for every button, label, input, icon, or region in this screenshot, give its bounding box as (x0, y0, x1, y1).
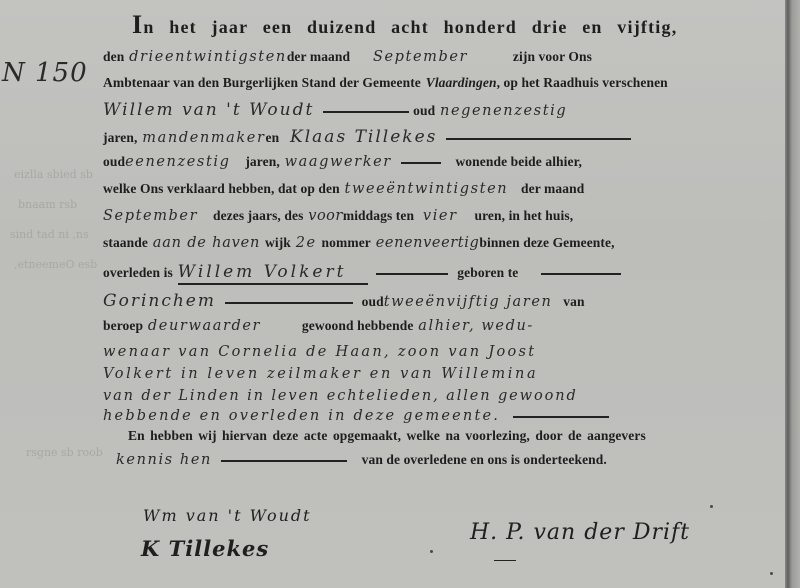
fill-rule (513, 416, 609, 418)
signed-by-declarants: kennis hen (116, 452, 212, 468)
paper-speck (430, 550, 433, 553)
label-wijk: wijk (265, 235, 291, 250)
official-line: Ambtenaar van den Burgerlijken Stand der… (103, 75, 668, 91)
municipality-name: Vlaardingen (426, 75, 497, 90)
fill-rule (541, 273, 621, 275)
declarant1-occupation: mandenmaker (142, 130, 265, 146)
label-wonende: wonende beide alhier, (455, 154, 582, 169)
fill-rule (225, 302, 353, 304)
label-geboren-te: geboren te (457, 265, 518, 280)
label-gewoond-hebbende: gewoond hebbende (302, 318, 414, 333)
fill-rule (446, 138, 631, 140)
fill-rule (221, 460, 347, 462)
deceased-residence: alhier, wedu- (418, 318, 534, 334)
bleed-through-text: bnaam rsb (18, 198, 77, 211)
bleed-through-text: ,etneemeO esb (14, 258, 97, 271)
declarant2-age: eenenzestig (125, 154, 230, 170)
label-uren: uren, in het huis, (474, 208, 573, 223)
declarant2-occupation: waagwerker (285, 154, 392, 170)
label-staande: staande (103, 235, 148, 250)
paper-speck (710, 505, 713, 508)
fill-rule (323, 111, 409, 113)
label-overleden-is: overleden is (103, 265, 173, 280)
registration-month: September (373, 49, 468, 65)
label-der-maand: der maand (521, 181, 584, 196)
family-line-4: hebbende en overleden in deze gemeente. (103, 408, 613, 424)
family-line-2: Volkert in leven zeilmaker en van Willem… (103, 366, 538, 382)
date-line: den drieentwintigstender maand September… (103, 49, 592, 65)
declaration-line: welke Ons verklaard hebben, dat op den t… (103, 181, 584, 197)
fill-rule (401, 162, 441, 164)
deceased-name: Willem Volkert (178, 262, 368, 285)
label-zijn-voor-ons: zijn voor Ons (513, 49, 592, 64)
death-hour: vier (423, 208, 458, 224)
father-occupation-and-mother: Volkert in leven zeilmaker en van Willem… (103, 366, 538, 382)
mother-surname-and-status: van der Linden in leven echtelieden, all… (103, 388, 578, 404)
signing-line: kennis hen van de overledene en ons is o… (116, 452, 607, 468)
address-line: staande aan de haven wijk 2e nommer eene… (103, 235, 615, 251)
label-ambtenaar: Ambtenaar van den Burgerlijken Stand der… (103, 75, 421, 90)
declarant2-name: Klaas Tillekes (290, 127, 437, 147)
declarant2-line: jaren, mandenmakeren Klaas Tillekes (103, 127, 635, 147)
family-line-3: van der Linden in leven echtelieden, all… (103, 388, 578, 404)
fill-rule (376, 273, 448, 275)
label-nommer: nommer (322, 235, 371, 250)
label-oud: oud (413, 103, 435, 118)
declarant1-name: Willem van 't Woudt (103, 100, 314, 120)
bleed-through-text: eizlla sbied sb (14, 168, 93, 181)
declarant1-age: negenenzestig (440, 103, 567, 119)
deceased-occupation: deurwaarder (148, 318, 261, 334)
drop-capital: I (132, 10, 143, 39)
label-van: van (563, 294, 584, 309)
registration-day: drieentwintigsten (129, 49, 287, 65)
heading-line: In het jaar een duizend acht honderd dri… (132, 10, 677, 40)
document-page: eizlla sbied sb bnaam rsb sind tad ni ,n… (0, 0, 785, 588)
label-raadhuis: , op het Raadhuis verschenen (497, 75, 668, 90)
label-dezes-jaars: dezes jaars, des (213, 208, 303, 223)
bleed-through-text: rsgne sb roob (26, 446, 103, 459)
parents-residence: hebbende en overleden in deze gemeente. (103, 408, 500, 424)
signature-declarant2: K Tillekes (141, 536, 269, 561)
declarant1-line: Willem van 't Woudt oud negenenzestig (103, 100, 567, 120)
label-oud: oud (362, 294, 384, 309)
label-der-maand: der maand (287, 49, 350, 64)
declarant2-details-line: oudeenenzestig jaren, waagwerker wonende… (103, 154, 582, 170)
heading-text: n het jaar een duizend acht honderd drie… (143, 17, 677, 37)
label-middags: middags ten (343, 208, 414, 223)
label-oud: oud (103, 154, 125, 169)
deceased-age: tweeënvijftig jaren (384, 294, 553, 310)
birthplace-line: Gorinchem oudtweeënvijftig jaren van (103, 291, 585, 311)
record-number: N 150 (2, 58, 88, 88)
label-onderteekend: van de overledene en ons is onderteekend… (362, 452, 607, 467)
label-beroep: beroep (103, 318, 143, 333)
label-verklaard: welke Ons verklaard hebben, dat op den (103, 181, 340, 196)
death-house-number: eenenveertig (376, 235, 480, 251)
occupation-line: beroep deurwaarder gewoond hebbende alhi… (103, 318, 534, 334)
birthplace: Gorinchem (103, 291, 216, 311)
death-day: tweeëntwintigsten (345, 181, 509, 197)
closing-text: En hebben wij hiervan deze acte opgemaak… (128, 428, 646, 443)
label-den: den (103, 49, 124, 64)
signature-declarant1: Wm van 't Woudt (143, 506, 312, 525)
death-month: September (103, 208, 198, 224)
death-time-line: September dezes jaars, des voormiddags t… (103, 208, 573, 224)
bleed-through-text: sind tad ni ,ns (10, 228, 89, 241)
death-ward: 2e (296, 235, 317, 251)
deceased-line: overleden is Willem Volkert geboren te (103, 262, 625, 285)
label-jaren: jaren, (245, 154, 279, 169)
signature-official: H. P. van der Drift (470, 520, 690, 545)
label-binnen-gemeente: binnen deze Gemeente, (479, 235, 614, 250)
death-street: aan de haven (153, 235, 260, 251)
signature-underline (494, 560, 516, 561)
label-jaren: jaren, (103, 130, 137, 145)
closing-line: En hebben wij hiervan deze acte opgemaak… (128, 428, 646, 444)
spouse-and-father: wenaar van Cornelia de Haan, zoon van Jo… (103, 344, 536, 360)
paper-speck (770, 572, 773, 575)
family-line-1: wenaar van Cornelia de Haan, zoon van Jo… (103, 344, 536, 360)
death-ampm: voor (308, 208, 343, 224)
label-en: en (266, 130, 280, 145)
page-binding-edge (785, 0, 800, 588)
